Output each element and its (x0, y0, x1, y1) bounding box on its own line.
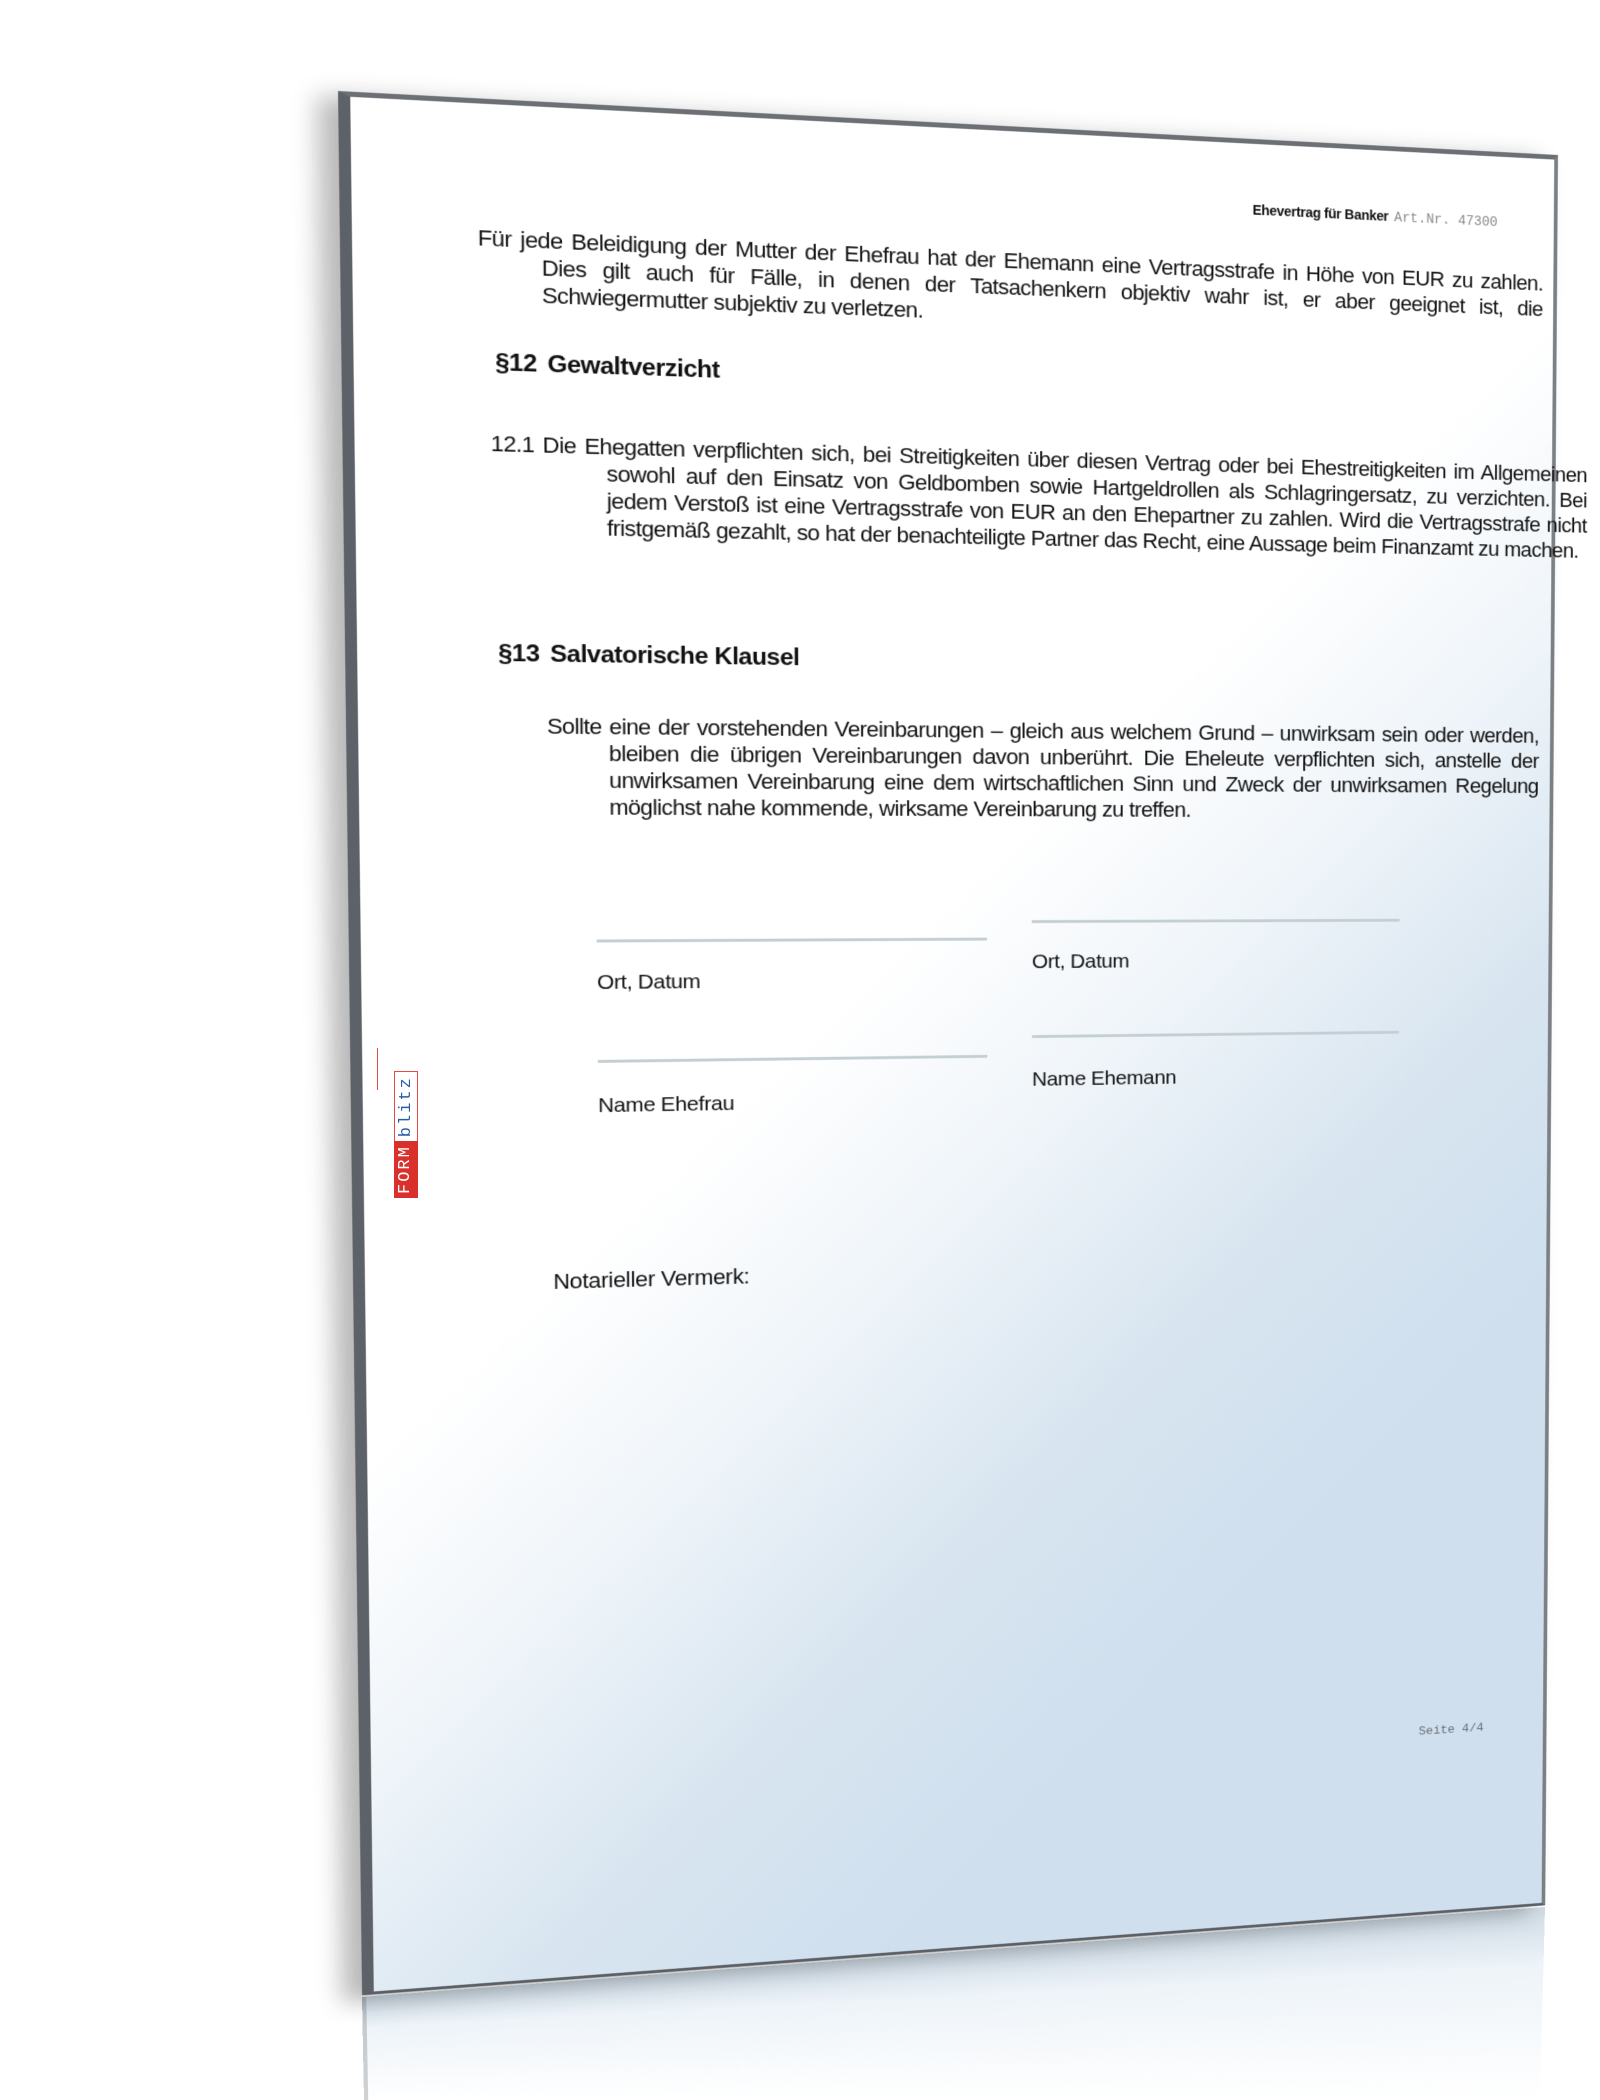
section-12-paragraph: 12.1 Die Ehegatten verpflichten sich, be… (491, 430, 1588, 564)
section-number: §12 (495, 349, 537, 378)
document-preview-stage: Ehevertrag für BankerArt.Nr. 47300 Für j… (0, 0, 1600, 2100)
document-page: Ehevertrag für BankerArt.Nr. 47300 Für j… (338, 91, 1558, 1995)
signature-left-name-label: Name Ehefrau (598, 1092, 734, 1118)
signature-left-place-date-label: Ort, Datum (597, 970, 701, 994)
signature-line-right-place-date (1032, 919, 1400, 923)
intro-paragraph: Für jede Beleidigung der Mutter der Ehef… (478, 224, 1544, 347)
section-number: §13 (498, 640, 540, 668)
signature-line-right-name (1032, 1031, 1399, 1038)
section-heading-12: §12Gewaltverzicht (495, 349, 720, 385)
formblitz-logo: FORMblitz (394, 1071, 418, 1198)
page-number: Seite 4/4 (1419, 1721, 1484, 1739)
signature-right-place-date-label: Ort, Datum (1032, 950, 1129, 974)
signature-right-name-label: Name Ehemann (1032, 1067, 1176, 1092)
brand-accent-line (377, 1048, 378, 1090)
paragraph-text: Die Ehegatten verpflichten sich, bei Str… (543, 432, 1588, 562)
article-number: Art.Nr. 47300 (1394, 211, 1498, 231)
logo-blitz-part: blitz (394, 1071, 418, 1141)
signature-line-left-name (598, 1055, 988, 1063)
logo-form-part: FORM (394, 1141, 418, 1198)
signature-line-left-place-date (597, 938, 987, 943)
notary-remark-label: Notarieller Vermerk: (553, 1264, 749, 1295)
section-title: Gewaltverzicht (547, 351, 719, 384)
paragraph-number: 12.1 (491, 431, 535, 458)
document-title: Ehevertrag für Banker (1253, 202, 1389, 224)
section-13-paragraph: Sollte eine der vorstehenden Vereinbarun… (547, 713, 1539, 824)
section-title: Salvatorische Klausel (550, 641, 799, 671)
section-heading-13: §13Salvatorische Klausel (498, 640, 799, 672)
page-header: Ehevertrag für BankerArt.Nr. 47300 (1253, 202, 1498, 231)
